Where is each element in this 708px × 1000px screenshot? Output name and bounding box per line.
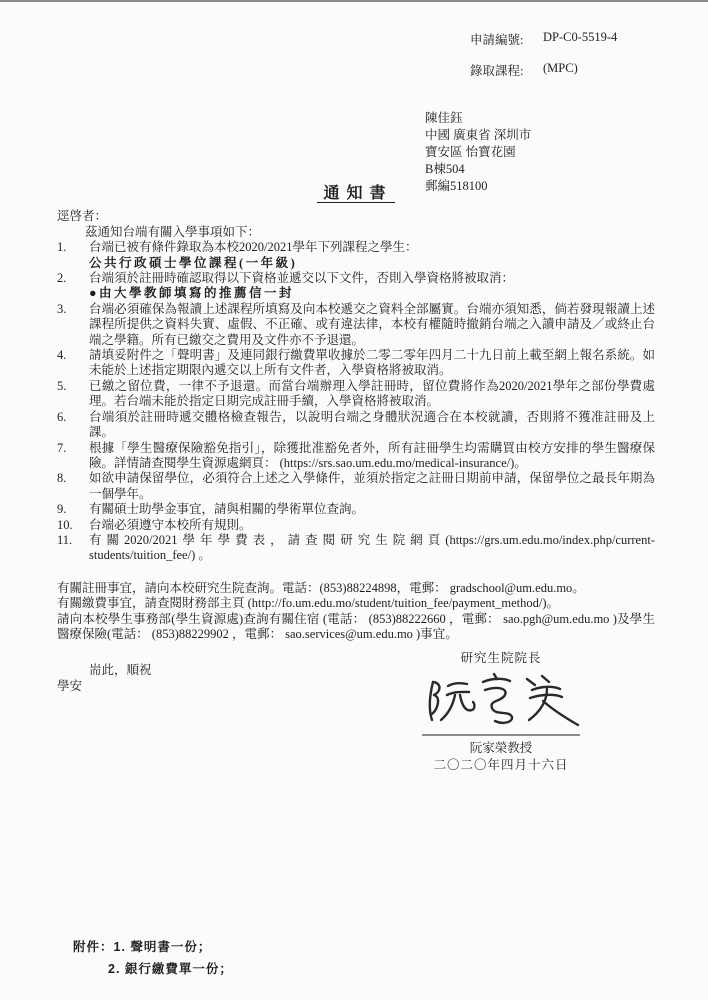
item-text: 台端必須確保為報讀上述課程所填寫及向本校遞交之資料全部屬實。台端亦須知悉，倘若發… (89, 302, 655, 348)
recipient-address-line: 中國 廣東省 深圳市 (425, 127, 531, 144)
list-item: 1. 台端已被有條件錄取為本校2020/2021學年下列課程之學生： 公共行政碩… (57, 240, 655, 271)
item-number: 9. (57, 502, 89, 517)
item-number: 3. (57, 302, 89, 348)
handwritten-signature (421, 670, 581, 732)
application-number-label: 申請編號: (470, 30, 543, 48)
list-item: 9. 有關碩士助學金事宜，請與相關的學術單位查詢。 (57, 502, 655, 517)
list-item: 5. 已繳之留位費，一律不予退還。而當台端辦理入學註冊時，留位費將作為2020/… (57, 379, 655, 410)
item-number: 11. (57, 533, 89, 564)
item-text: 台端已被有條件錄取為本校2020/2021學年下列課程之學生： 公共行政碩士學位… (89, 240, 655, 271)
signer-name: 阮家榮教授 (408, 740, 594, 757)
item-number: 5. (57, 379, 89, 410)
contact-info-block: 有關註冊事宜，請向本校研究生院查詢。電話：(853)88224898，電郵： g… (57, 581, 655, 643)
signer-title: 研究生院院長 (408, 648, 594, 666)
required-document-line: ●由大學教師填寫的推薦信一封 (89, 286, 655, 301)
list-item: 4. 請填妥附件之「聲明書」及連同銀行繳費單收據於二零二零年四月二十九日前上載至… (57, 348, 655, 379)
attachment-item-1: 附件：1. 聲明書一份； (73, 936, 233, 958)
item-number: 6. (57, 410, 89, 441)
contact-line-housing-insurance: 請向本校學生事務部(學生資源處)查詢有關住宿 (電話： (853)8822266… (57, 612, 655, 643)
item-number: 4. (57, 348, 89, 379)
contact-line-payment: 有關繳費事宜，請查閱財務部主頁 (http://fo.um.edu.mo/stu… (57, 596, 655, 611)
application-number-value: DP-C0-5519-4 (543, 30, 617, 48)
signature-line (422, 734, 580, 736)
item-text: 台端必須遵守本校所有規則。 (89, 518, 655, 533)
item-text: 台端須於註冊時遞交體格檢查報告，以說明台端之身體狀況適合在本校就讀，否則將不獲准… (89, 410, 655, 441)
meta-block: 申請編號: DP-C0-5519-4 錄取課程: (MPC) (470, 30, 617, 92)
item-text: 已繳之留位費，一律不予退還。而當台端辦理入學註冊時，留位費將作為2020/202… (89, 379, 655, 410)
item-text: 有關2020/2021學年學費表，請查閱研究生院網頁(https://grs.u… (89, 533, 655, 564)
program-row: 錄取課程: (MPC) (470, 61, 617, 79)
contact-line-registration: 有關註冊事宜，請向本校研究生院查詢。電話：(853)88224898，電郵： g… (57, 581, 655, 596)
item-text: 根據「學生醫療保險豁免指引」，除獲批准豁免者外，所有註冊學生均需購買由校方安排的… (89, 441, 655, 472)
application-number-row: 申請編號: DP-C0-5519-4 (470, 30, 617, 48)
terms-list: 1. 台端已被有條件錄取為本校2020/2021學年下列課程之學生： 公共行政碩… (57, 240, 655, 564)
attachment-item-2: 2. 銀行繳費單一份； (73, 958, 233, 980)
recipient-address-block: 陳佳鈺 中國 廣東省 深圳市 寶安區 怡寶花園 B棟504 郵編518100 (425, 110, 531, 195)
item-text-main: 台端須於註冊時確認取得以下資格並遞交以下文件，否則入學資格將被取消： (89, 271, 514, 285)
intro-line: 茲通知台端有關入學事項如下： (57, 225, 655, 240)
item-text-main: 台端已被有條件錄取為本校2020/2021學年下列課程之學生： (89, 240, 417, 254)
letter-body: 通知書 逕啓者： 茲通知台端有關入學事項如下： 1. 台端已被有條件錄取為本校2… (57, 186, 655, 694)
scan-edge-line (0, 0, 708, 2)
recipient-address-line: B棟504 (425, 161, 531, 178)
item-text: 台端須於註冊時確認取得以下資格並遞交以下文件，否則入學資格將被取消： ●由大學教… (89, 271, 655, 302)
item-text: 如欲申請保留學位，必須符合上述之入學條件，並須於指定之註冊日期前申請，保留學位之… (89, 471, 655, 502)
item-text: 請填妥附件之「聲明書」及連同銀行繳費單收據於二零二零年四月二十九日前上載至網上報… (89, 348, 655, 379)
attachments-block: 附件：1. 聲明書一份； 2. 銀行繳費單一份； (73, 936, 233, 980)
title-wrap: 通知書 (57, 186, 655, 203)
salutation: 逕啓者： (57, 209, 655, 224)
letter-date: 二〇二〇年四月十六日 (408, 757, 594, 774)
item-text: 有關碩士助學金事宜，請與相關的學術單位查詢。 (89, 502, 655, 517)
item-number: 7. (57, 441, 89, 472)
recipient-address-line: 寶安區 怡寶花園 (425, 144, 531, 161)
page-title: 通知書 (317, 186, 394, 203)
list-item: 6. 台端須於註冊時遞交體格檢查報告，以說明台端之身體狀況適合在本校就讀，否則將… (57, 410, 655, 441)
list-item: 11. 有關2020/2021學年學費表，請查閱研究生院網頁(https://g… (57, 533, 655, 564)
admitted-program-line: 公共行政碩士學位課程(一年級) (89, 256, 655, 271)
item-number: 8. (57, 471, 89, 502)
recipient-name: 陳佳鈺 (425, 110, 531, 127)
item-number: 1. (57, 240, 89, 271)
list-item: 2. 台端須於註冊時確認取得以下資格並遞交以下文件，否則入學資格將被取消： ●由… (57, 271, 655, 302)
item-number: 2. (57, 271, 89, 302)
item-number: 10. (57, 518, 89, 533)
list-item: 10. 台端必須遵守本校所有規則。 (57, 518, 655, 533)
list-item: 8. 如欲申請保留學位，必須符合上述之入學條件，並須於指定之註冊日期前申請，保留… (57, 471, 655, 502)
list-item: 7. 根據「學生醫療保險豁免指引」，除獲批准豁免者外，所有註冊學生均需購買由校方… (57, 441, 655, 472)
program-label: 錄取課程: (470, 61, 543, 79)
list-item: 3. 台端必須確保為報讀上述課程所填寫及向本校遞交之資料全部屬實。台端亦須知悉，… (57, 302, 655, 348)
program-value: (MPC) (543, 61, 578, 79)
letter-page: 申請編號: DP-C0-5519-4 錄取課程: (MPC) 陳佳鈺 中國 廣東… (0, 0, 708, 1000)
signoff-block: 研究生院院長 阮家榮教授 二〇二〇年四月十六日 (408, 648, 594, 774)
